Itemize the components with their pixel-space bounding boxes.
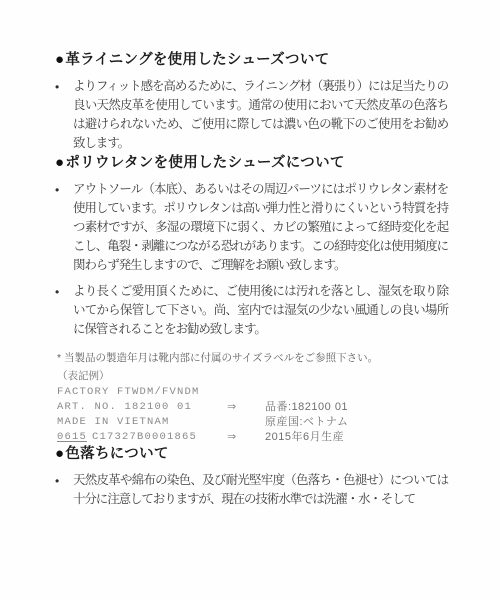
bullet-point-icon: • (55, 471, 73, 509)
care-instructions-document: ● 革ライニングを使用したシューズついて • よりフィット感を高めるために、ライ… (0, 0, 500, 600)
section-leather-lining: ● 革ライニングを使用したシューズついて • よりフィット感を高めるために、ライ… (55, 50, 455, 153)
section-heading-text: ポリウレタンを使用したシューズについて (65, 153, 344, 173)
section-heading-color-fading: ● 色落ちについて (55, 444, 455, 464)
bullet-point-icon: • (55, 77, 73, 153)
bullet-item: • よりフィット感を高めるために、ライニング材（裏張り）には足当たりの良い天然皮… (55, 77, 448, 153)
label-left-text: FACTORY FTWDM/FVNDM (57, 386, 200, 398)
manufacture-date-note: * 当製品の製造年月は靴内部に付属のサイズラベルをご参照下さい。 （表記例） F… (55, 350, 455, 444)
arrow-icon (227, 416, 265, 429)
label-row-factory: FACTORY FTWDM/FVNDM (57, 386, 227, 399)
label-right-text: 品番:182100 01 (265, 401, 455, 414)
label-row-serial: 0615C17327B0001865 (57, 431, 227, 444)
section-heading-text: 色落ちについて (65, 444, 168, 464)
arrow-icon (227, 386, 265, 399)
arrow-icon: ⇒ (227, 401, 265, 414)
label-right-text: 原産国:ベトナム (265, 416, 455, 429)
label-row-madein: MADE IN VIETNAM (57, 416, 227, 429)
document-body: ● 革ライニングを使用したシューズついて • よりフィット感を高めるために、ライ… (55, 50, 455, 509)
paragraph-color-fastness: 天然皮革や綿布の染色、及び耐光堅牢度（色落ち・色褪せ）については十分に注意してお… (73, 471, 448, 509)
section-heading-polyurethane: ● ポリウレタンを使用したシューズについて (55, 153, 455, 173)
paragraph-lining-care: よりフィット感を高めるために、ライニング材（裏張り）には足当たりの良い天然皮革を… (73, 77, 448, 153)
paragraph-storage-advice: より長くご愛用頂くために、ご使用後には汚れを落とし、湿気を取り除いてから保管して… (73, 282, 448, 339)
bullet-point-icon: • (55, 180, 73, 275)
paragraph-outsole-material: アウトソール（本底）、あるいはその周辺パーツにはポリウレタン素材を使用しています… (73, 180, 448, 275)
filled-circle-bullet-icon: ● (55, 153, 64, 173)
section-polyurethane: ● ポリウレタンを使用したシューズについて • アウトソール（本底）、あるいはそ… (55, 153, 455, 444)
notation-example-label: （表記例） (57, 368, 455, 384)
arrow-icon: ⇒ (227, 431, 265, 444)
manufacture-note-text: * 当製品の製造年月は靴内部に付属のサイズラベルをご参照下さい。 (57, 350, 455, 366)
label-left-text: ART. NO. 182100 01 (57, 401, 192, 413)
filled-circle-bullet-icon: ● (55, 50, 64, 70)
label-row-artno: ART. NO. 182100 01 (57, 401, 227, 414)
label-date-code-underlined: 0615 (57, 431, 87, 443)
section-heading-leather-lining: ● 革ライニングを使用したシューズついて (55, 50, 455, 70)
bullet-item: • アウトソール（本底）、あるいはその周辺パーツにはポリウレタン素材を使用してい… (55, 180, 448, 275)
label-left-text: C17327B0001865 (92, 431, 197, 443)
section-color-fading: ● 色落ちについて • 天然皮革や綿布の染色、及び耐光堅牢度（色落ち・色褪せ）に… (55, 444, 455, 509)
bullet-item: • より長くご愛用頂くために、ご使用後には汚れを落とし、湿気を取り除いてから保管… (55, 282, 448, 339)
bullet-item: • 天然皮革や綿布の染色、及び耐光堅牢度（色落ち・色褪せ）については十分に注意し… (55, 471, 448, 509)
label-example-table: FACTORY FTWDM/FVNDM ART. NO. 182100 01 ⇒… (57, 386, 455, 444)
label-right-text (265, 386, 455, 399)
filled-circle-bullet-icon: ● (55, 444, 64, 464)
label-right-text: 2015年6月生産 (265, 431, 455, 444)
section-heading-text: 革ライニングを使用したシューズついて (65, 50, 329, 70)
label-left-text: MADE IN VIETNAM (57, 416, 170, 428)
bullet-point-icon: • (55, 282, 73, 339)
